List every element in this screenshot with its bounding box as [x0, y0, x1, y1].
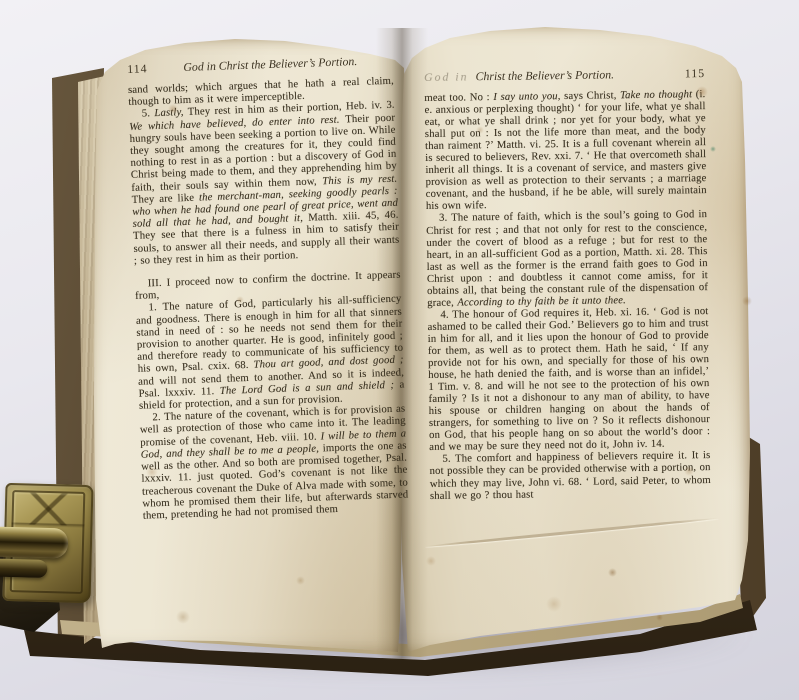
body-text: meat too. No :: [424, 91, 493, 104]
body-text: 5.: [142, 107, 155, 119]
scripture-quote: Lastly,: [154, 106, 184, 119]
right-running-title: Christ the Believer’s Portion.: [475, 67, 614, 84]
body-text: 5. The comfort and happiness of believer…: [430, 449, 711, 501]
left-page-text: sand worlds; which argues that he hath a…: [128, 75, 409, 522]
paragraph: 4. The honour of God requires it, Heb. x…: [427, 305, 710, 453]
book-photo: 114 God in Christ the Believer’s Portion…: [0, 0, 799, 700]
left-page-number: 114: [127, 61, 148, 77]
right-page-content: God in Christ the Believer’s Portion. 11…: [424, 66, 711, 501]
brass-clasp: [2, 483, 93, 603]
paragraph: 2. The nature of the covenant, which is …: [139, 403, 409, 522]
right-running-head: God in Christ the Believer’s Portion. 11…: [424, 66, 705, 85]
paragraph: meat too. No : I say unto you, says Chri…: [424, 88, 707, 212]
paragraph: 5. The comfort and happiness of believer…: [429, 449, 711, 501]
paragraph: 1. The nature of God, particularly his a…: [135, 293, 405, 412]
left-page-content: 114 God in Christ the Believer’s Portion…: [127, 53, 409, 522]
paragraph: 3. The nature of faith, which is the sou…: [426, 209, 708, 309]
paragraph: 5. Lastly, They rest in him as their por…: [129, 99, 400, 267]
right-page-text: meat too. No : I say unto you, says Chri…: [424, 88, 711, 501]
body-text: 4. The honour of God requires it, Heb. x…: [428, 305, 711, 453]
right-page-number: 115: [685, 66, 705, 81]
right-running-title-faded: God in: [424, 69, 469, 85]
clasp-hook-bar: [0, 527, 68, 559]
scripture-quote: I say unto you,: [493, 90, 560, 103]
body-text: (i. e. anxious or perplexing thought) ‘ …: [424, 88, 706, 212]
scripture-quote: Take no thought: [620, 88, 692, 101]
body-text: 3. The nature of faith, which is the sou…: [426, 209, 708, 309]
clasp-hook-bar-lower: [0, 559, 48, 578]
body-text: says Christ,: [560, 89, 620, 102]
